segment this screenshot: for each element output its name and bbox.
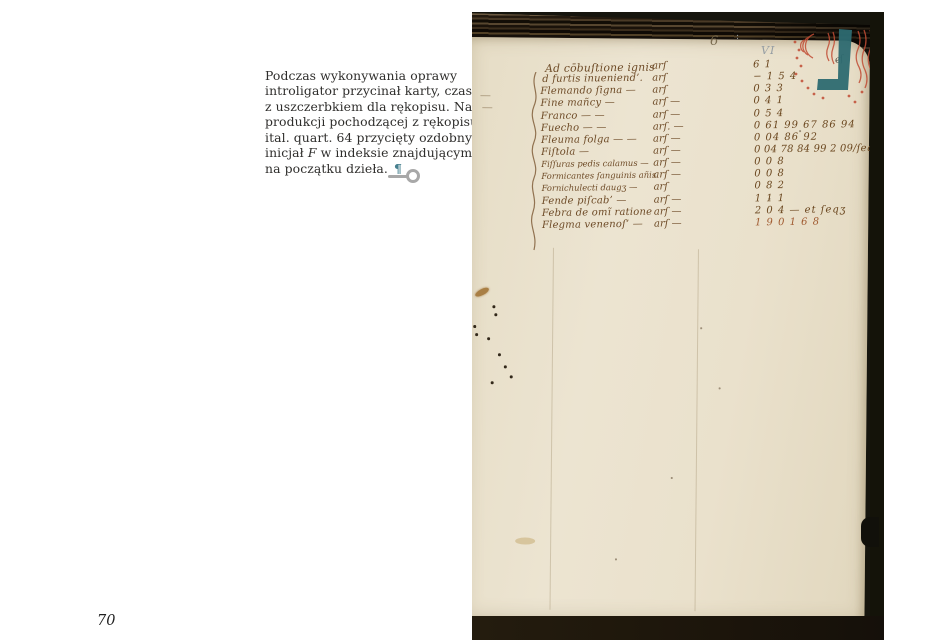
- caption-line: z uszczerbkiem dla rękopisu. Na re-: [265, 99, 440, 114]
- index-entry-ref: arſ —: [654, 206, 682, 217]
- pencil-dots: :: [736, 32, 739, 42]
- index-entry-folio: 0 0 8: [754, 168, 785, 179]
- index-entry-title: d furtis inueniend’.: [542, 73, 643, 85]
- leader-ring-icon: [406, 169, 420, 183]
- caption-text: na początku dzieła.: [265, 161, 388, 176]
- quire-mark: VI: [761, 44, 775, 57]
- margin-dash: [482, 107, 492, 108]
- page-number: 70: [97, 613, 115, 629]
- index-entry-folio: 0 8 2: [754, 180, 785, 191]
- speck: [671, 477, 673, 479]
- page-crease: [550, 248, 554, 610]
- manuscript-photo: 6 : VI eſ: [472, 12, 884, 640]
- manuscript-index: Ad cōbuſtione ignis arſ 6 1 d furtis inu…: [540, 58, 882, 232]
- speck: [504, 365, 507, 368]
- index-entry-ref: arſ: [652, 85, 667, 96]
- index-entry-folio: 6 1: [753, 59, 772, 70]
- caption-text: w indeksie znajdującym się: [317, 145, 495, 160]
- index-entry-title: Flegma venenoſ’ —: [542, 219, 643, 231]
- page-crease: [694, 249, 698, 611]
- index-entry-title: Franco — —: [541, 110, 605, 122]
- index-entry-ref: arſ —: [653, 133, 681, 144]
- index-entry-title: Fuecho — —: [541, 122, 607, 134]
- index-entry-title: Flemando ſigna —: [540, 85, 636, 97]
- index-entry-ref: arſ. —: [653, 121, 684, 132]
- speck: [498, 353, 501, 356]
- speck: [615, 558, 617, 560]
- speck: [494, 313, 497, 316]
- caption-line: Podczas wykonywania oprawy: [265, 68, 440, 83]
- index-entry-ref: arſ —: [654, 194, 682, 205]
- index-entry-folio: 1 1 1: [755, 193, 786, 204]
- index-entry-ref: arſ —: [653, 157, 681, 168]
- index-entry-ref: arſ —: [653, 109, 681, 120]
- index-entry-title: Febra de omĩ ratione: [542, 206, 652, 218]
- page-edge-notch: [861, 517, 879, 547]
- caption-line: introligator przycinał karty, czasem: [265, 83, 440, 98]
- index-entry-ref: arſ —: [654, 218, 682, 229]
- index-entry-folio: − 1 5 4: [753, 71, 797, 83]
- index-entry-folio: 0 04 78 84 99 2 09/ſequ: [754, 143, 880, 156]
- index-entry-folio: 0 5 4: [754, 108, 785, 119]
- index-entry-ref: arſ —: [653, 145, 681, 156]
- speck: [719, 387, 721, 389]
- stain: [474, 286, 490, 298]
- index-entry-folio: 1 9 0 1 6 8: [755, 216, 820, 228]
- index-entry-ref: arſ: [652, 60, 667, 71]
- caption-line: inicjał F w indeksie znajdującym się: [265, 145, 440, 160]
- speck: [475, 333, 478, 336]
- index-entry-folio: 2 0 4 — et ſeqʒ: [755, 204, 847, 216]
- speck: [700, 327, 702, 329]
- caption-line: produkcji pochodzącej z rękopisu: [265, 114, 440, 129]
- caption-block: Podczas wykonywania oprawy introligator …: [265, 68, 440, 176]
- index-entry-ref: arſ: [653, 182, 668, 193]
- pencil-foliation: 6: [710, 34, 718, 49]
- stain: [515, 537, 535, 544]
- index-entry-title: Fiſſuras pedis calamus —: [541, 158, 649, 169]
- caption-text: inicjał: [265, 145, 308, 160]
- caption-line: ital. quart. 64 przycięty ozdobny: [265, 130, 440, 145]
- index-entry-ref: arſ —: [652, 97, 680, 108]
- index-entry-title: Formicantes ſanguinis añis: [541, 170, 656, 181]
- index-entry-folio: 0 3 3: [753, 83, 784, 94]
- speck: [473, 325, 476, 328]
- index-entry-title: Fine mañcy —: [540, 98, 615, 110]
- index-entry-folio: 0 61 99 67 86 94: [754, 119, 856, 131]
- pilcrow-mark: ¶: [392, 161, 402, 176]
- index-entry-title: Fornichulecti daugʒ —: [541, 182, 637, 193]
- index-entry-title: Fleuma folga — —: [541, 134, 637, 146]
- index-entry-folio: 0 04 86 92: [754, 131, 818, 143]
- margin-dash: [480, 95, 490, 96]
- background-bottom: [472, 616, 884, 640]
- index-entry-title: Fende piſcab’ —: [542, 194, 627, 206]
- index-entry-ref: arſ: [652, 73, 667, 84]
- speck: [510, 375, 513, 378]
- index-entry-title: Fiſtola —: [541, 146, 589, 158]
- speck: [487, 337, 490, 340]
- index-entry-ref: arſ —: [653, 170, 681, 181]
- speck: [492, 305, 495, 308]
- speck: [491, 381, 494, 384]
- index-entry-folio: 0 0 8: [754, 156, 785, 167]
- index-entry-folio: 0 4 1: [753, 95, 784, 106]
- caption-italic-initial: F: [308, 145, 317, 160]
